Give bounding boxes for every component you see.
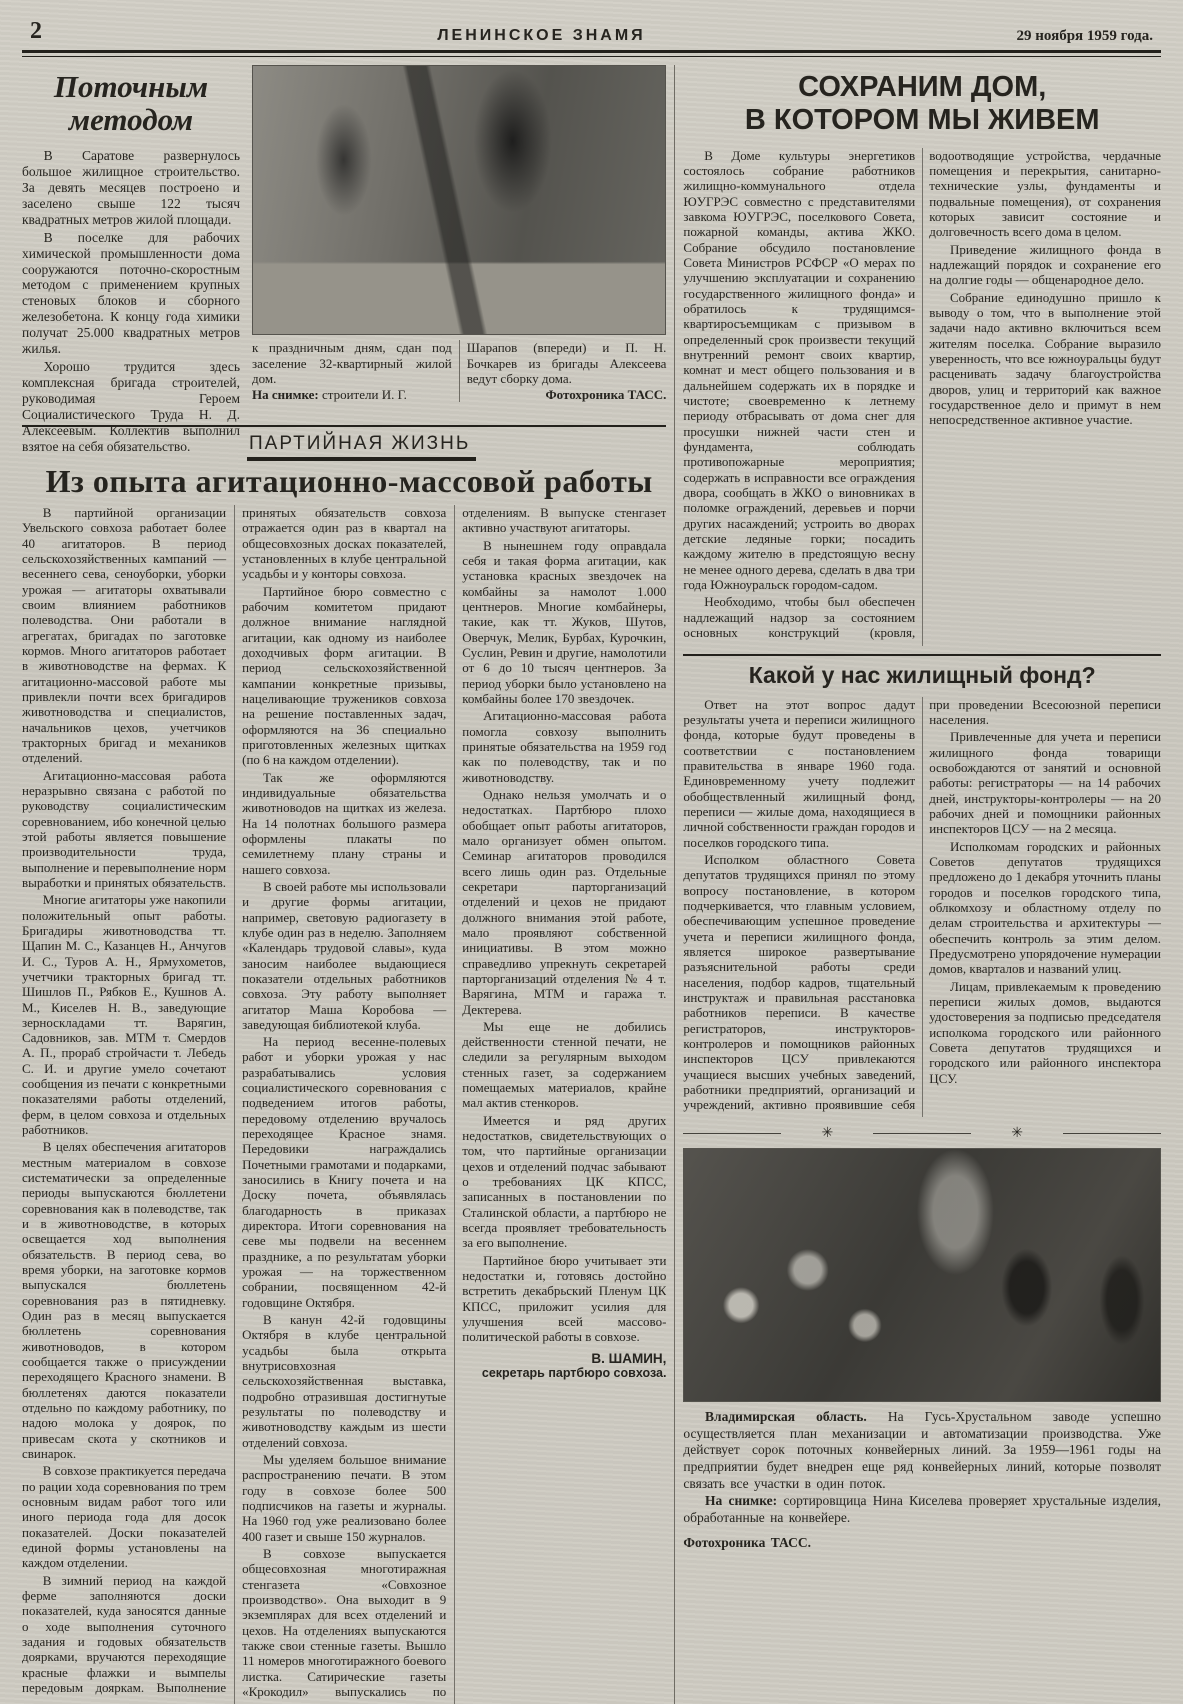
paragraph: Агитационно-массовая работа неразрывно с… [22,768,226,891]
construction-photo-block: к праздничным дням, сдан под заселение 3… [252,65,666,417]
caption-text: к праздничным дням, сдан под заселение 3… [252,340,452,387]
page-header: 2 ЛЕНИНСКОЕ ЗНАМЯ 29 ноября 1959 года. [22,14,1161,48]
asterisk-icon: ✳ [971,1125,1063,1142]
byline-name: В. ШАМИН, [591,1351,666,1366]
paragraph: Агитационно-массовая работа помогла совх… [462,708,666,785]
masthead-title: ЛЕНИНСКОЕ ЗНАМЯ [150,27,933,45]
column-divider [674,65,675,1704]
article-potochnym-metodom: Поточным методом В Саратове развернулось… [22,65,240,417]
paragraph: Мы еще не добились действенности стенной… [462,1019,666,1111]
paragraph: В целях обеспечения агитаторов местным м… [22,1139,226,1461]
crystal-factory-photo [683,1148,1161,1402]
paragraph: На период весенне-полевых работ и уборки… [242,1034,446,1310]
article-title: Из опыта агитационно-массовой работы [32,465,666,497]
paragraph: В поселке для рабочих химической промышл… [22,230,240,357]
caption-text: Шарапов (впереди) и П. Н. Бочкарев из бр… [467,340,667,387]
paragraph: Партийное бюро учитывает эти недостатки … [462,1253,666,1345]
newspaper-page: 2 ЛЕНИНСКОЕ ЗНАМЯ 29 ноября 1959 года. П… [0,0,1183,1704]
paragraph: Собрание единодушно пришло к выводу о то… [929,290,1161,428]
paragraph: В канун 42-й годовщины Октября в клубе ц… [242,1312,446,1450]
asterisk-icon: ✳ [781,1125,873,1142]
photo-credit: Фотохроника ТАСС. [467,387,667,403]
article-title: Поточным методом [22,71,240,136]
paragraph: В своей работе мы использовали и другие … [242,879,446,1032]
caption-text: Владимирская область. На Гусь-Хрустально… [683,1409,1161,1493]
construction-photo [252,65,666,335]
paragraph: В Саратове развернулось большое жилищное… [22,148,240,228]
issue-date: 29 ноября 1959 года. [933,28,1153,45]
caption-text: На снимке: строители И. Г. [252,387,452,403]
article-body: В партийной организации Увельского совхо… [22,505,666,1704]
photo-credit: Фотохроника ТАСС. [683,1535,1161,1552]
paragraph: Лицам, привлекаемым к проведению перепис… [929,979,1161,1086]
article-sohranim-dom: СОХРАНИМ ДОМ, В КОТОРОМ МЫ ЖИВЕМ В Доме … [683,71,1161,646]
header-rule [22,50,1161,57]
paragraph: Ответ на этот вопрос дадут результаты уч… [683,697,915,850]
crystal-photo-caption: Владимирская область. На Гусь-Хрустально… [683,1409,1161,1552]
section-rubric: ПАРТИЙНАЯ ЖИЗНЬ [247,433,476,461]
paragraph: В совхозе практикуется передача по рации… [22,1463,226,1570]
page-number: 2 [30,18,150,45]
paragraph: Имеется и ряд других недостатков, свидет… [462,1113,666,1251]
construction-photo-caption: к праздничным дням, сдан под заселение 3… [252,340,666,402]
article-body: Ответ на этот вопрос дадут результаты уч… [683,697,1161,1117]
caption-text: На снимке: сортировщица Нина Киселева пр… [683,1493,1161,1527]
paragraph: Исполкомам городских и районных Советов … [929,839,1161,977]
byline-role: секретарь партбюро совхоза. [462,1366,666,1380]
article-zhilishchny-fond: Какой у нас жилищный фонд? Ответ на этот… [683,654,1161,1117]
byline: В. ШАМИН, секретарь партбюро совхоза. [462,1351,666,1380]
paragraph: В Доме культуры энергетиков состоялось с… [683,148,915,593]
paragraph: Партийное бюро совместно с рабочим комит… [242,584,446,768]
caption-divider [459,340,460,402]
paragraph: Однако нельзя умолчать и о недостатках. … [462,787,666,1017]
paragraph: В нынешнем году оправдала себя и такая ф… [462,538,666,707]
paragraph: В партийной организации Увельского совхо… [22,505,226,766]
article-body: В Доме культуры энергетиков состоялось с… [683,148,1161,646]
paragraph: Привлеченные для учета и переписи жилищн… [929,729,1161,836]
paragraph: Приведение жилищного фонда в надлежащий … [929,242,1161,288]
article-title: Какой у нас жилищный фонд? [683,662,1161,689]
article-partiynaya-zhizn: ПАРТИЙНАЯ ЖИЗНЬ Из опыта агитационно-мас… [22,433,666,1704]
paragraph: Так же оформляются индивидуальные обязат… [242,770,446,877]
article-title: СОХРАНИМ ДОМ, В КОТОРОМ МЫ ЖИВЕМ [683,71,1161,138]
paragraph: Многие агитаторы уже накопили положитель… [22,892,226,1137]
star-separator: ✳ ✳ [683,1125,1161,1142]
paragraph: Мы уделяем большое внимание распростране… [242,1452,446,1544]
